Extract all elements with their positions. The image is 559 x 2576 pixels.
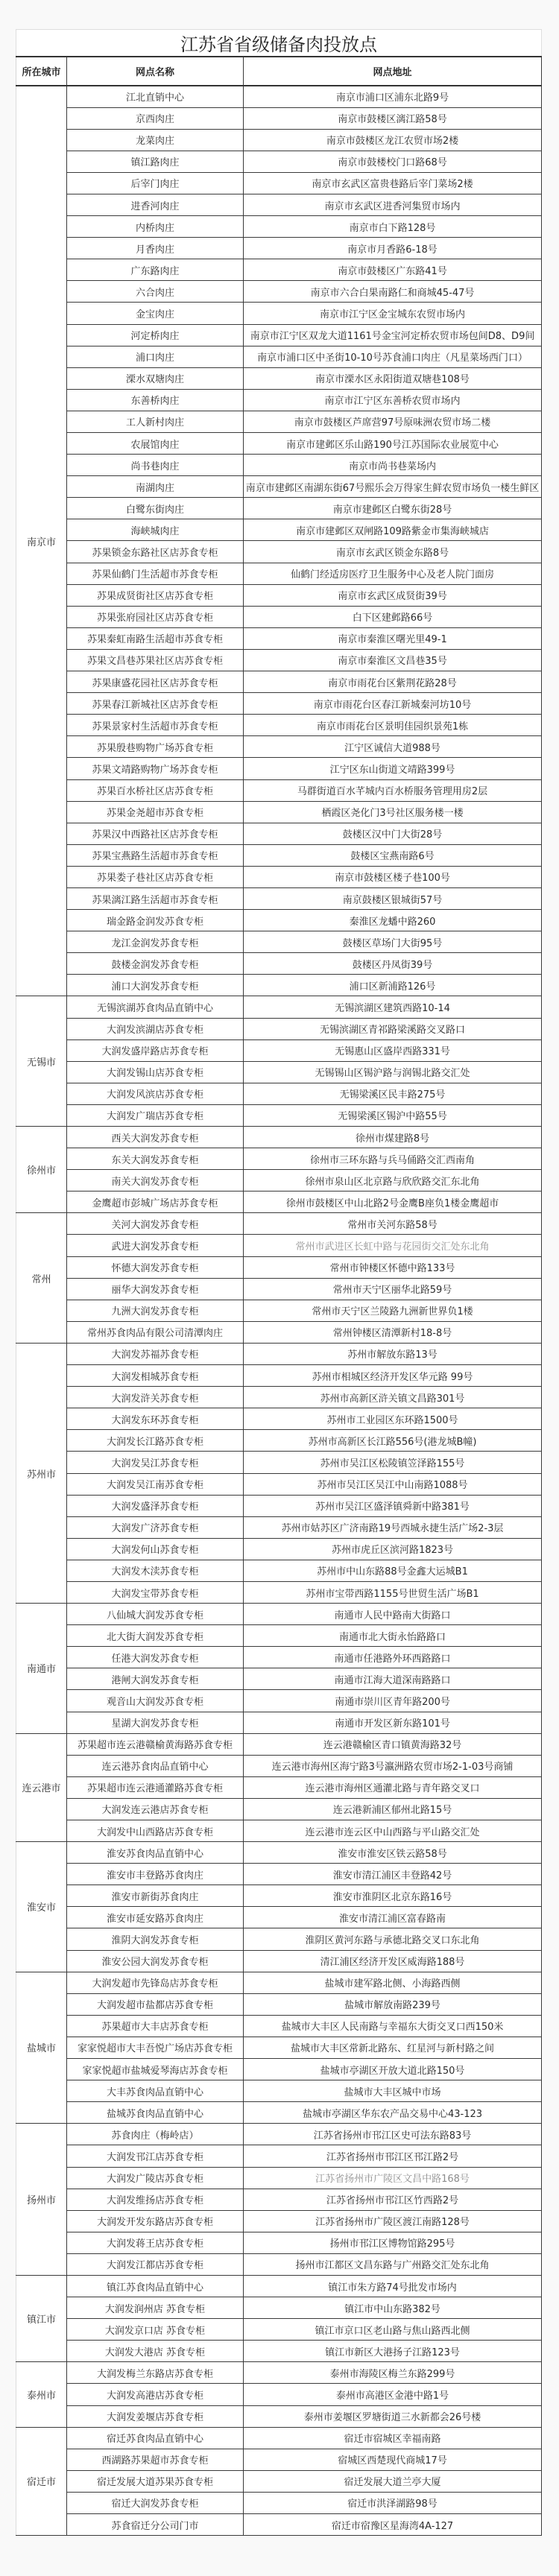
outlet-address: 镇江市朱方路74号批发市场内 bbox=[244, 2275, 542, 2297]
outlet-row: 家家悦超市盐城爱琴海店苏食专柜盐城市亭湖区开放大道北路150号 bbox=[16, 2059, 542, 2080]
outlet-name: 大润发超市盐都店苏食专柜 bbox=[67, 1993, 244, 2015]
outlet-address: 宿城区西楚现代商城17号 bbox=[244, 2449, 542, 2470]
outlet-address: 鼓楼区汉中门大街28号 bbox=[244, 823, 542, 844]
outlet-address: 南京市玄武区锁金东路8号 bbox=[244, 541, 542, 563]
outlet-name: 大润发广陵店苏食专柜 bbox=[67, 2167, 244, 2189]
outlet-row: 苏果宝燕路生活超市苏食专柜鼓楼区宝燕南路6号 bbox=[16, 844, 542, 866]
outlet-row: 大润发大港店 苏食专柜镇江市新区大港扬子江路123号 bbox=[16, 2341, 542, 2362]
city-group-label: 常州 bbox=[16, 1213, 67, 1344]
outlet-address: 南京市鼓楼区漓江路58号 bbox=[244, 107, 542, 129]
city-group-label: 苏州市 bbox=[16, 1343, 67, 1603]
outlet-address: 无锡滨湖区建筑西路10-14 bbox=[244, 996, 542, 1018]
outlet-row: 苏果百水桥社区店苏食专柜马群街道百水芊城内百水桥服务管理用房2层 bbox=[16, 779, 542, 801]
outlet-name: 大润发超市先锋岛店苏食专柜 bbox=[67, 1972, 244, 1993]
outlet-name: 北大街大润发苏食专柜 bbox=[67, 1625, 244, 1647]
outlet-name: 西湖路苏果超市苏食专柜 bbox=[67, 2449, 244, 2470]
outlet-name: 淮安市延安路苏食肉庄 bbox=[67, 1907, 244, 1928]
outlet-name: 镇江路肉庄 bbox=[67, 151, 244, 172]
outlet-address: 淮安市清江浦区富春路南 bbox=[244, 1907, 542, 1928]
outlet-name: 武进大润发苏食专柜 bbox=[67, 1235, 244, 1256]
outlet-row: 苏果汉中西路社区店苏食专柜鼓楼区汉中门大街28号 bbox=[16, 823, 542, 844]
outlet-address: 徐州市鼓楼区中山北路2号金鹰B座负1楼金鹰超市 bbox=[244, 1192, 542, 1213]
outlet-address: 无锡惠山区盛岸西路331号 bbox=[244, 1039, 542, 1061]
outlet-row: 大润发蒋王店苏食专柜扬州市邗江区博物馆路295号 bbox=[16, 2232, 542, 2253]
outlet-name: 大丰苏食肉品直销中心 bbox=[67, 2080, 244, 2102]
outlet-address: 南京市溧水区永阳街道双塘巷108号 bbox=[244, 367, 542, 389]
outlet-row: 大润发风滨店苏食专柜无锡梁溪区民丰路275号 bbox=[16, 1083, 542, 1104]
outlet-row: 大润发维扬店苏食专柜江苏省扬州市邗江区竹西路2号 bbox=[16, 2189, 542, 2210]
outlet-address: 南京市建邺区白鹭东街28号 bbox=[244, 498, 542, 519]
outlet-address: 常州市天宁区兰陵路九洲新世界负1楼 bbox=[244, 1300, 542, 1321]
city-group-label: 徐州市 bbox=[16, 1127, 67, 1213]
outlet-name: 怀德大润发苏食专柜 bbox=[67, 1256, 244, 1278]
header-outlet-name: 网点名称 bbox=[67, 57, 244, 86]
outlet-row: 观音山大润发苏食专柜南通市崇川区青年路200号 bbox=[16, 1690, 542, 1712]
outlet-row: 盐城苏食肉品直销中心盐城市亭湖区华东农产品交易中心43-123 bbox=[16, 2102, 542, 2124]
outlet-row: 盐城市大润发超市先锋岛店苏食专柜盐城市建军路北侧、小海路西侧 bbox=[16, 1972, 542, 1993]
outlet-address: 宿迁市宿城区幸福南路 bbox=[244, 2427, 542, 2449]
outlet-address: 南通市任港路外环西路路口 bbox=[244, 1647, 542, 1668]
outlet-address: 江宁区诚信大道988号 bbox=[244, 736, 542, 758]
outlet-name: 大润发润州店 苏食专柜 bbox=[67, 2297, 244, 2319]
outlet-address: 苏州市高新区长江路556号(港龙城B幢) bbox=[244, 1430, 542, 1452]
outlet-address: 苏州市高新区浒关镇文昌路301号 bbox=[244, 1387, 542, 1408]
outlet-name: 苏果成贤街社区店苏食专柜 bbox=[67, 584, 244, 606]
outlet-address: 南京市秦淮区文昌巷35号 bbox=[244, 649, 542, 671]
outlet-row: 进香河肉庄南京市玄武区进香河集贸市场内 bbox=[16, 194, 542, 215]
outlet-address: 苏州市吴江区盛泽镇舜新中路381号 bbox=[244, 1495, 542, 1516]
outlet-address: 徐州市三环东路与兵马俑路交汇西南角 bbox=[244, 1148, 542, 1170]
header-row: 所在城市 网点名称 网点地址 bbox=[16, 57, 542, 86]
outlet-row: 苏果仙鹤门生活超市苏食专柜仙鹤门经适房医疗卫生服务中心及老人院门面房 bbox=[16, 563, 542, 584]
outlet-row: 镇江市镇江苏食肉品直销中心镇江市朱方路74号批发市场内 bbox=[16, 2275, 542, 2297]
outlet-address: 南京市建邺区双闸路109路紫金市集海峡城店 bbox=[244, 519, 542, 541]
outlet-name: 宿迁发展大道苏果苏食专柜 bbox=[67, 2470, 244, 2492]
outlet-name: 大润发风滨店苏食专柜 bbox=[67, 1083, 244, 1104]
outlet-name: 瑞金路金润发苏食专柜 bbox=[67, 910, 244, 931]
outlet-address: 仙鹤门经适房医疗卫生服务中心及老人院门面房 bbox=[244, 563, 542, 584]
outlet-address: 镇江市京口区老山路与焦山路西北侧 bbox=[244, 2319, 542, 2341]
outlet-row: 大润发京口店 苏食专柜镇江市京口区老山路与焦山路西北侧 bbox=[16, 2319, 542, 2341]
outlet-name: 苏果景家村生活超市苏食专柜 bbox=[67, 715, 244, 736]
outlet-row: 港闸大润发苏食专柜南通市江海大道深南路路口 bbox=[16, 1668, 542, 1690]
outlet-row: 大润发何山苏食专柜苏州市虎丘区滨河路1823号 bbox=[16, 1538, 542, 1560]
outlet-address: 淮阴区黄河东路与承德北路交叉口东北角 bbox=[244, 1928, 542, 1950]
outlet-name: 家家悦超市大丰吾悦广场店苏食专柜 bbox=[67, 2037, 244, 2058]
outlet-row: 南关大润发苏食专柜徐州市泉山区北京路与欣欣路交汇东北角 bbox=[16, 1170, 542, 1192]
outlet-name: 苏食肉庄（梅岭店） bbox=[67, 2124, 244, 2145]
outlet-row: 苏果超市大丰店苏食专柜盐城市大丰区人民南路与幸福东大街交叉口西150米 bbox=[16, 2015, 542, 2037]
outlet-row: 大润发吴江南苏食专柜苏州市吴江区吴江中山南路1088号 bbox=[16, 1473, 542, 1495]
outlet-address: 连云港市连云区中山西路与平山路交汇处 bbox=[244, 1820, 542, 1842]
outlet-name: 工人新村肉庄 bbox=[67, 411, 244, 432]
outlet-name: 大润发京口店 苏食专柜 bbox=[67, 2319, 244, 2341]
outlet-address: 南京市浦口区浦东北路9号 bbox=[244, 86, 542, 107]
outlet-row: 淮安市淮安苏食肉品直销中心淮安市淮安区铁云路58号 bbox=[16, 1842, 542, 1864]
outlet-name: 大润发广瑞店苏食专柜 bbox=[67, 1104, 244, 1126]
outlet-rows: 南京市江北直销中心南京市浦口区浦东北路9号京西肉庄南京市鼓楼区漓江路58号龙菜肉… bbox=[16, 86, 542, 2536]
outlet-name: 大润发维扬店苏食专柜 bbox=[67, 2189, 244, 2210]
outlet-row: 家家悦超市大丰吾悦广场店苏食专柜盐城市大丰区常新北路东、红星河与新村路之间 bbox=[16, 2037, 542, 2058]
outlet-row: 宿迁大润发苏食专柜宿迁市洪泽湖路98号 bbox=[16, 2492, 542, 2513]
outlet-name: 龙江金润发苏食专柜 bbox=[67, 931, 244, 953]
outlet-name: 大润发大港店 苏食专柜 bbox=[67, 2341, 244, 2362]
outlet-name: 淮安市新街苏食肉庄 bbox=[67, 1885, 244, 1907]
city-group-label: 连云港市 bbox=[16, 1733, 67, 1841]
outlet-row: 西湖路苏果超市苏食专柜宿城区西楚现代商城17号 bbox=[16, 2449, 542, 2470]
outlet-name: 大润发姜堰店苏食专柜 bbox=[67, 2405, 244, 2427]
city-group-label: 南京市 bbox=[16, 86, 67, 996]
outlet-address: 无锡锡山区锡沪路与润锡北路交汇处 bbox=[244, 1061, 542, 1083]
outlet-address: 江宁区东山街道文靖路399号 bbox=[244, 758, 542, 779]
outlet-row: 大润发长江路苏食专柜苏州市高新区长江路556号(港龙城B幢) bbox=[16, 1430, 542, 1452]
outlet-row: 大润发广瑞店苏食专柜无锡梁溪区锡沪中路55号 bbox=[16, 1104, 542, 1126]
outlet-row: 苏果金尧超市苏食专柜栖霞区尧化门3号社区服务楼一楼 bbox=[16, 801, 542, 823]
outlet-address: 江苏省扬州市邗江区竹西路2号 bbox=[244, 2189, 542, 2210]
outlet-name: 宿迁大润发苏食专柜 bbox=[67, 2492, 244, 2513]
outlet-name: 大润发锡山店苏食专柜 bbox=[67, 1061, 244, 1083]
outlet-row: 连云港苏食肉品直销中心连云港市海州区海宁路3号瀛洲路农贸市场2-1-03号商铺 bbox=[16, 1755, 542, 1776]
outlet-name: 大润发吴江南苏食专柜 bbox=[67, 1473, 244, 1495]
outlet-row: 金宝肉庄南京市江宁区金宝城东农贸市场内 bbox=[16, 303, 542, 324]
outlet-row: 淮安市丰登路苏食肉庄淮安市清江浦区丰登路42号 bbox=[16, 1864, 542, 1885]
outlet-name: 浦口大润发苏食专柜 bbox=[67, 975, 244, 996]
outlet-row: 大润发东环苏食专柜苏州市工业园区东环路1500号 bbox=[16, 1408, 542, 1430]
outlet-address: 淮安市淮安区铁云路58号 bbox=[244, 1842, 542, 1864]
outlet-address: 盐城市亭湖区开放大道北路150号 bbox=[244, 2059, 542, 2080]
outlet-row: 鼓楼金润发苏食专柜鼓楼区丹凤街39号 bbox=[16, 953, 542, 975]
outlet-row: 海峡城肉庄南京市建邺区双闸路109路紫金市集海峡城店 bbox=[16, 519, 542, 541]
outlet-table: 江苏省省级储备肉投放点 所在城市 网点名称 网点地址 南京市江北直销中心南京市浦… bbox=[16, 29, 542, 2536]
outlet-address: 盐城市大丰区常新北路东、红星河与新村路之间 bbox=[244, 2037, 542, 2058]
outlet-address: 南京市江宁区金宝城东农贸市场内 bbox=[244, 303, 542, 324]
outlet-name: 苏果文靖路购物广场苏食专柜 bbox=[67, 758, 244, 779]
outlet-name: 尚书巷肉庄 bbox=[67, 455, 244, 476]
outlet-address: 连云港赣榆区青口镇黄海路32号 bbox=[244, 1733, 542, 1755]
outlet-row: 武进大润发苏食专柜常州市武进区长虹中路与花园街交汇处东北角 bbox=[16, 1235, 542, 1256]
outlet-address: 苏州市解放东路13号 bbox=[244, 1343, 542, 1364]
outlet-address: 常州市天宁区丽华北路59号 bbox=[244, 1278, 542, 1300]
outlet-address: 苏州市中山东路88号金鑫大运城B1 bbox=[244, 1560, 542, 1581]
outlet-row: 农展馆肉庄南京市建邺区乐山路190号江苏国际农业展览中心 bbox=[16, 433, 542, 455]
outlet-row: 宿迁发展大道苏果苏食专柜宿迁发展大道兰亭大厦 bbox=[16, 2470, 542, 2492]
outlet-address: 镇江市中山东路382号 bbox=[244, 2297, 542, 2319]
outlet-row: 苏果张府园社区店苏食专柜白下区建邺路66号 bbox=[16, 606, 542, 627]
outlet-name: 苏果秦虹南路生活超市苏食专柜 bbox=[67, 627, 244, 649]
outlet-name: 盐城苏食肉品直销中心 bbox=[67, 2102, 244, 2124]
city-group-label: 无锡市 bbox=[16, 996, 67, 1127]
outlet-address: 南京市秦淮区曙光里49-1 bbox=[244, 627, 542, 649]
outlet-address: 江苏省扬州市广陵区文昌中路168号 bbox=[244, 2167, 542, 2189]
outlet-row: 京西肉庄南京市鼓楼区漓江路58号 bbox=[16, 107, 542, 129]
outlet-address: 南京市建邺区乐山路190号江苏国际农业展览中心 bbox=[244, 433, 542, 455]
outlet-name: 宿迁苏食肉品直销中心 bbox=[67, 2427, 244, 2449]
outlet-name: 大润发连云港店苏食专柜 bbox=[67, 1798, 244, 1820]
outlet-row: 广东路肉庄南京市鼓楼区广东路41号 bbox=[16, 259, 542, 281]
outlet-address: 南通市崇川区青年路200号 bbox=[244, 1690, 542, 1712]
city-group-label: 宿迁市 bbox=[16, 2427, 67, 2535]
outlet-row: 大润发广济苏食专柜苏州市姑苏区广济南路19号西城永捷生活广场2-3层 bbox=[16, 1516, 542, 1538]
outlet-address: 江苏省扬州市邗江区史可法东路83号 bbox=[244, 2124, 542, 2145]
outlet-address: 连云港市海州区通灌北路与青年路交叉口 bbox=[244, 1776, 542, 1798]
outlet-name: 月香肉庄 bbox=[67, 238, 244, 259]
outlet-address: 南京市六合白果南路仁和商城45-47号 bbox=[244, 281, 542, 303]
outlet-name: 大润发中山西路店苏食专柜 bbox=[67, 1820, 244, 1842]
outlet-name: 苏果殷巷购物广场苏食专柜 bbox=[67, 736, 244, 758]
outlet-address: 苏州市姑苏区广济南路19号西城永捷生活广场2-3层 bbox=[244, 1516, 542, 1538]
outlet-name: 大润发蒋王店苏食专柜 bbox=[67, 2232, 244, 2253]
outlet-address: 扬州市邗江区博物馆路295号 bbox=[244, 2232, 542, 2253]
outlet-name: 八仙城大润发苏食专柜 bbox=[67, 1604, 244, 1625]
outlet-address: 连云港市海州区海宁路3号瀛洲路农贸市场2-1-03号商铺 bbox=[244, 1755, 542, 1776]
outlet-row: 大润发浒关苏食专柜苏州市高新区浒关镇文昌路301号 bbox=[16, 1387, 542, 1408]
outlet-address: 南通市开发区新东路101号 bbox=[244, 1712, 542, 1733]
outlet-row: 苏果娄子巷社区店苏食专柜南京市鼓楼区楼子巷100号 bbox=[16, 866, 542, 887]
outlet-name: 广东路肉庄 bbox=[67, 259, 244, 281]
outlet-row: 苏果秦虹南路生活超市苏食专柜南京市秦淮区曙光里49-1 bbox=[16, 627, 542, 649]
outlet-name: 港闸大润发苏食专柜 bbox=[67, 1668, 244, 1690]
outlet-name: 淮阴大润发苏食专柜 bbox=[67, 1928, 244, 1950]
outlet-address: 鼓楼区草场门大街95号 bbox=[244, 931, 542, 953]
outlet-name: 淮安公园大润发苏食专柜 bbox=[67, 1950, 244, 1972]
outlet-row: 溧水双塘肉庄南京市溧水区永阳街道双塘巷108号 bbox=[16, 367, 542, 389]
title-row: 江苏省省级储备肉投放点 bbox=[16, 30, 542, 57]
outlet-row: 大润发润州店 苏食专柜镇江市中山东路382号 bbox=[16, 2297, 542, 2319]
outlet-row: 泰州市大润发梅兰东路店苏食专柜泰州市海陵区梅兰东路299号 bbox=[16, 2362, 542, 2384]
outlet-address: 南通市北大街永怡路路口 bbox=[244, 1625, 542, 1647]
outlet-name: 苏果康盛花园社区店苏食专柜 bbox=[67, 671, 244, 693]
outlet-name: 东善桥肉庄 bbox=[67, 389, 244, 411]
outlet-address: 苏州市相城区经济开发区华元路 99号 bbox=[244, 1365, 542, 1387]
outlet-address: 南京市鼓楼区楼子巷100号 bbox=[244, 866, 542, 887]
city-group-label: 镇江市 bbox=[16, 2275, 67, 2361]
outlet-address: 泰州市海陵区梅兰东路299号 bbox=[244, 2362, 542, 2384]
outlet-address: 扬州市江都区文昌东路与广州路交汇处东北角 bbox=[244, 2253, 542, 2275]
outlet-row: 东关大润发苏食专柜徐州市三环东路与兵马俑路交汇西南角 bbox=[16, 1148, 542, 1170]
outlet-name: 海峡城肉庄 bbox=[67, 519, 244, 541]
outlet-name: 家家悦超市盐城爱琴海店苏食专柜 bbox=[67, 2059, 244, 2080]
outlet-address: 常州市钟楼区怀德中路133号 bbox=[244, 1256, 542, 1278]
outlet-row: 瑞金路金润发苏食专柜秦淮区龙蟠中路260 bbox=[16, 910, 542, 931]
outlet-name: 进香河肉庄 bbox=[67, 194, 244, 215]
outlet-name: 大润发长江路苏食专柜 bbox=[67, 1430, 244, 1452]
outlet-address: 白下区建邺路66号 bbox=[244, 606, 542, 627]
outlet-address: 徐州市煤建路8号 bbox=[244, 1127, 542, 1148]
outlet-address: 常州市武进区长虹中路与花园街交汇处东北角 bbox=[244, 1235, 542, 1256]
outlet-address: 江苏省扬州市广陵区渡江南路128号 bbox=[244, 2210, 542, 2232]
outlet-name: 内桥肉庄 bbox=[67, 216, 244, 238]
outlet-name: 大润发盛泽苏食专柜 bbox=[67, 1495, 244, 1516]
outlet-row: 淮安市延安路苏食肉庄淮安市清江浦区富春路南 bbox=[16, 1907, 542, 1928]
city-group-label: 扬州市 bbox=[16, 2124, 67, 2276]
outlet-name: 大润发滨湖店苏食专柜 bbox=[67, 1018, 244, 1039]
outlet-address: 南京市玄武区成贤街39号 bbox=[244, 584, 542, 606]
outlet-row: 苏食宿迁分公司门市宿迁市宿豫区星海湾4A-127 bbox=[16, 2514, 542, 2536]
outlet-name: 大润发吴江苏食专柜 bbox=[67, 1452, 244, 1473]
header-city: 所在城市 bbox=[16, 57, 67, 86]
outlet-address: 鼓楼区丹凤街39号 bbox=[244, 953, 542, 975]
outlet-name: 龙菜肉庄 bbox=[67, 129, 244, 151]
outlet-name: 苏果宝燕路生活超市苏食专柜 bbox=[67, 844, 244, 866]
outlet-row: 苏果春江新城社区店苏食专柜南京市雨花台区春江新城秦河坊10号 bbox=[16, 693, 542, 715]
outlet-name: 苏果娄子巷社区店苏食专柜 bbox=[67, 866, 244, 887]
outlet-address: 无锡滨湖区青祁路梁溪路交叉路口 bbox=[244, 1018, 542, 1039]
outlet-name: 苏果张府园社区店苏食专柜 bbox=[67, 606, 244, 627]
outlet-name: 京西肉庄 bbox=[67, 107, 244, 129]
outlet-address: 南京市浦口区中圣街10-10号苏食浦口肉庄（凡星菜场西门口） bbox=[244, 346, 542, 367]
outlet-row: 六合肉庄南京市六合白果南路仁和商城45-47号 bbox=[16, 281, 542, 303]
outlet-row: 怀德大润发苏食专柜常州市钟楼区怀德中路133号 bbox=[16, 1256, 542, 1278]
outlet-address: 苏州市吴江区松陵镇笠泽路155号 bbox=[244, 1452, 542, 1473]
outlet-row: 龙江金润发苏食专柜鼓楼区草场门大街95号 bbox=[16, 931, 542, 953]
outlet-address: 淮安市清江浦区丰登路42号 bbox=[244, 1864, 542, 1885]
outlet-row: 苏果康盛花园社区店苏食专柜南京市雨花台区紫荆花路28号 bbox=[16, 671, 542, 693]
outlet-address: 南京市建邺区南湖东街67号熙乐会万得家生鲜农贸市场负一楼生鲜区 bbox=[244, 476, 542, 498]
outlet-name: 镇江苏食肉品直销中心 bbox=[67, 2275, 244, 2297]
outlet-name: 大润发盛岸路店苏食专柜 bbox=[67, 1039, 244, 1061]
outlet-name: 苏果超市大丰店苏食专柜 bbox=[67, 2015, 244, 2037]
outlet-name: 大润发木渎苏食专柜 bbox=[67, 1560, 244, 1581]
outlet-address: 常州钟楼区清潭新村18-8号 bbox=[244, 1321, 542, 1343]
outlet-name: 南关大润发苏食专柜 bbox=[67, 1170, 244, 1192]
outlet-row: 北大街大润发苏食专柜南通市北大街永怡路路口 bbox=[16, 1625, 542, 1647]
outlet-address: 无锡梁溪区民丰路275号 bbox=[244, 1083, 542, 1104]
outlet-address: 苏州市宝带西路1155号世贸生活广场B1 bbox=[244, 1581, 542, 1603]
outlet-address: 泰州市高港区金港中路1号 bbox=[244, 2384, 542, 2405]
outlet-name: 西关大润发苏食专柜 bbox=[67, 1127, 244, 1148]
outlet-row: 淮安市新街苏食肉庄淮安市淮阴区北京东路16号 bbox=[16, 1885, 542, 1907]
outlet-address: 江苏省扬州市邗江区邗江路2号 bbox=[244, 2145, 542, 2167]
outlet-row: 任港大润发苏食专柜南通市任港路外环西路路口 bbox=[16, 1647, 542, 1668]
outlet-row: 金鹰超市彭城广场店苏食专柜徐州市鼓楼区中山北路2号金鹰B座负1楼金鹰超市 bbox=[16, 1192, 542, 1213]
city-group-label: 盐城市 bbox=[16, 1972, 67, 2124]
outlet-row: 淮阴大润发苏食专柜淮阴区黄河东路与承德北路交叉口东北角 bbox=[16, 1928, 542, 1950]
outlet-row: 后宰门肉庄南京市玄武区富贵巷路后宰门菜场2楼 bbox=[16, 172, 542, 194]
outlet-name: 大润发何山苏食专柜 bbox=[67, 1538, 244, 1560]
outlet-row: 南湖肉庄南京市建邺区南湖东街67号熙乐会万得家生鲜农贸市场负一楼生鲜区 bbox=[16, 476, 542, 498]
outlet-row: 大润发姜堰店苏食专柜泰州市姜堰区罗塘街道三水新都会26号楼 bbox=[16, 2405, 542, 2427]
outlet-name: 南湖肉庄 bbox=[67, 476, 244, 498]
outlet-name: 鼓楼金润发苏食专柜 bbox=[67, 953, 244, 975]
outlet-address: 南京市鼓楼区广东路41号 bbox=[244, 259, 542, 281]
outlet-name: 金宝肉庄 bbox=[67, 303, 244, 324]
outlet-row: 苏果文靖路购物广场苏食专柜江宁区东山街道文靖路399号 bbox=[16, 758, 542, 779]
outlet-address: 浦口区新浦路126号 bbox=[244, 975, 542, 996]
outlet-address: 淮安市淮阴区北京东路16号 bbox=[244, 1885, 542, 1907]
outlet-address: 常州市关河东路58号 bbox=[244, 1213, 542, 1235]
outlet-name: 苏果百水桥社区店苏食专柜 bbox=[67, 779, 244, 801]
outlet-row: 连云港市苏果超市连云港赣榆黄海路苏食专柜连云港赣榆区青口镇黄海路32号 bbox=[16, 1733, 542, 1755]
outlet-row: 南京市江北直销中心南京市浦口区浦东北路9号 bbox=[16, 86, 542, 107]
city-group-label: 泰州市 bbox=[16, 2362, 67, 2427]
outlet-name: 东关大润发苏食专柜 bbox=[67, 1148, 244, 1170]
outlet-name: 大润发邗江店苏食专柜 bbox=[67, 2145, 244, 2167]
outlet-row: 大润发滨湖店苏食专柜无锡滨湖区青祁路梁溪路交叉路口 bbox=[16, 1018, 542, 1039]
outlet-name: 连云港苏食肉品直销中心 bbox=[67, 1755, 244, 1776]
outlet-name: 苏果春江新城社区店苏食专柜 bbox=[67, 693, 244, 715]
outlet-address: 镇江市新区大港扬子江路123号 bbox=[244, 2341, 542, 2362]
outlet-address: 苏州市虎丘区滨河路1823号 bbox=[244, 1538, 542, 1560]
outlet-row: 大润发锡山店苏食专柜无锡锡山区锡沪路与润锡北路交汇处 bbox=[16, 1061, 542, 1083]
outlet-row: 大润发开发东路店苏食专柜江苏省扬州市广陵区渡江南路128号 bbox=[16, 2210, 542, 2232]
outlet-name: 六合肉庄 bbox=[67, 281, 244, 303]
outlet-address: 南京鼓楼区银城街57号 bbox=[244, 887, 542, 909]
outlet-address: 南京市鼓楼校门口路68号 bbox=[244, 151, 542, 172]
header-outlet-address: 网点地址 bbox=[244, 57, 542, 86]
outlet-address: 南京市玄武区进香河集贸市场内 bbox=[244, 194, 542, 215]
outlet-name: 白鹭东街肉庄 bbox=[67, 498, 244, 519]
outlet-address: 马群街道百水芊城内百水桥服务管理用房2层 bbox=[244, 779, 542, 801]
outlet-row: 无锡市无锡滨湖苏食肉品直销中心无锡滨湖区建筑西路10-14 bbox=[16, 996, 542, 1018]
outlet-name: 浦口肉庄 bbox=[67, 346, 244, 367]
outlet-name: 苏果金尧超市苏食专柜 bbox=[67, 801, 244, 823]
outlet-name: 关河大润发苏食专柜 bbox=[67, 1213, 244, 1235]
outlet-name: 苏果汉中西路社区店苏食专柜 bbox=[67, 823, 244, 844]
outlet-name: 大润发宝带苏食专柜 bbox=[67, 1581, 244, 1603]
outlet-address: 南京市月香路6-18号 bbox=[244, 238, 542, 259]
outlet-address: 盐城市大丰区城中市场 bbox=[244, 2080, 542, 2102]
outlet-row: 星湖大润发苏食专柜南通市开发区新东路101号 bbox=[16, 1712, 542, 1733]
outlet-name: 淮安市丰登路苏食肉庄 bbox=[67, 1864, 244, 1885]
outlet-row: 大润发盛岸路店苏食专柜无锡惠山区盛岸西路331号 bbox=[16, 1039, 542, 1061]
outlet-name: 任港大润发苏食专柜 bbox=[67, 1647, 244, 1668]
outlet-row: 大润发吴江苏食专柜苏州市吴江区松陵镇笠泽路155号 bbox=[16, 1452, 542, 1473]
outlet-name: 溧水双塘肉庄 bbox=[67, 367, 244, 389]
outlet-row: 东善桥肉庄南京市江宁区东善桥农贸市场内 bbox=[16, 389, 542, 411]
outlet-row: 九洲大润发苏食专柜常州市天宁区兰陵路九洲新世界负1楼 bbox=[16, 1300, 542, 1321]
outlet-address: 无锡梁溪区锡沪中路55号 bbox=[244, 1104, 542, 1126]
outlet-name: 苏果超市连云港通灌路苏食专柜 bbox=[67, 1776, 244, 1798]
outlet-address: 清江浦区经济开发区威海路188号 bbox=[244, 1950, 542, 1972]
outlet-name: 大润发广济苏食专柜 bbox=[67, 1516, 244, 1538]
outlet-row: 工人新村肉庄南京市鼓楼区芦席营97号原味洲农贸市场二楼 bbox=[16, 411, 542, 432]
outlet-row: 南通市八仙城大润发苏食专柜南通市人民中路南大街路口 bbox=[16, 1604, 542, 1625]
outlet-row: 白鹭东街肉庄南京市建邺区白鹭东街28号 bbox=[16, 498, 542, 519]
outlet-address: 南京市鼓楼区龙江农贸市场2楼 bbox=[244, 129, 542, 151]
outlet-name: 常州苏食肉品有限公司清潭肉庄 bbox=[67, 1321, 244, 1343]
city-group-label: 南通市 bbox=[16, 1604, 67, 1734]
outlet-row: 河定桥肉庄南京市江宁区双龙大道1161号金宝河定桥农贸市场包间D8、D9间 bbox=[16, 324, 542, 346]
outlet-name: 大润发高港店苏食专柜 bbox=[67, 2384, 244, 2405]
outlet-row: 常州苏食肉品有限公司清潭肉庄常州钟楼区清潭新村18-8号 bbox=[16, 1321, 542, 1343]
outlet-address: 栖霞区尧化门3号社区服务楼一楼 bbox=[244, 801, 542, 823]
outlet-row: 苏果超市连云港通灌路苏食专柜连云港市海州区通灌北路与青年路交叉口 bbox=[16, 1776, 542, 1798]
outlet-address: 南京市江宁区双龙大道1161号金宝河定桥农贸市场包间D8、D9间 bbox=[244, 324, 542, 346]
outlet-address: 宿迁市洪泽湖路98号 bbox=[244, 2492, 542, 2513]
outlet-name: 淮安苏食肉品直销中心 bbox=[67, 1842, 244, 1864]
outlet-row: 大润发宝带苏食专柜苏州市宝带西路1155号世贸生活广场B1 bbox=[16, 1581, 542, 1603]
outlet-row: 大润发超市盐都店苏食专柜盐城市解放南路239号 bbox=[16, 1993, 542, 2015]
outlet-row: 苏果景家村生活超市苏食专柜南京市雨花台区景明佳园织景苑1栋 bbox=[16, 715, 542, 736]
outlet-address: 南京市雨花台区春江新城秦河坊10号 bbox=[244, 693, 542, 715]
outlet-name: 河定桥肉庄 bbox=[67, 324, 244, 346]
outlet-row: 大润发中山西路店苏食专柜连云港市连云区中山西路与平山路交汇处 bbox=[16, 1820, 542, 1842]
outlet-name: 苏果漓江路生活超市苏食专柜 bbox=[67, 887, 244, 909]
outlet-row: 大丰苏食肉品直销中心盐城市大丰区城中市场 bbox=[16, 2080, 542, 2102]
outlet-name: 江北直销中心 bbox=[67, 86, 244, 107]
outlet-name: 大润发江都店苏食专柜 bbox=[67, 2253, 244, 2275]
outlet-row: 大润发连云港店苏食专柜连云港新浦区郁州北路15号 bbox=[16, 1798, 542, 1820]
outlet-address: 南京市雨花台区紫荆花路28号 bbox=[244, 671, 542, 693]
outlet-address: 盐城市解放南路239号 bbox=[244, 1993, 542, 2015]
outlet-address: 连云港新浦区郁州北路15号 bbox=[244, 1798, 542, 1820]
outlet-name: 星湖大润发苏食专柜 bbox=[67, 1712, 244, 1733]
outlet-row: 苏果文昌巷苏果社区店苏食专柜南京市秦淮区文昌巷35号 bbox=[16, 649, 542, 671]
outlet-address: 南通市人民中路南大街路口 bbox=[244, 1604, 542, 1625]
outlet-row: 龙菜肉庄南京市鼓楼区龙江农贸市场2楼 bbox=[16, 129, 542, 151]
outlet-address: 宿迁发展大道兰亭大厦 bbox=[244, 2470, 542, 2492]
outlet-name: 丽华大润发苏食专柜 bbox=[67, 1278, 244, 1300]
